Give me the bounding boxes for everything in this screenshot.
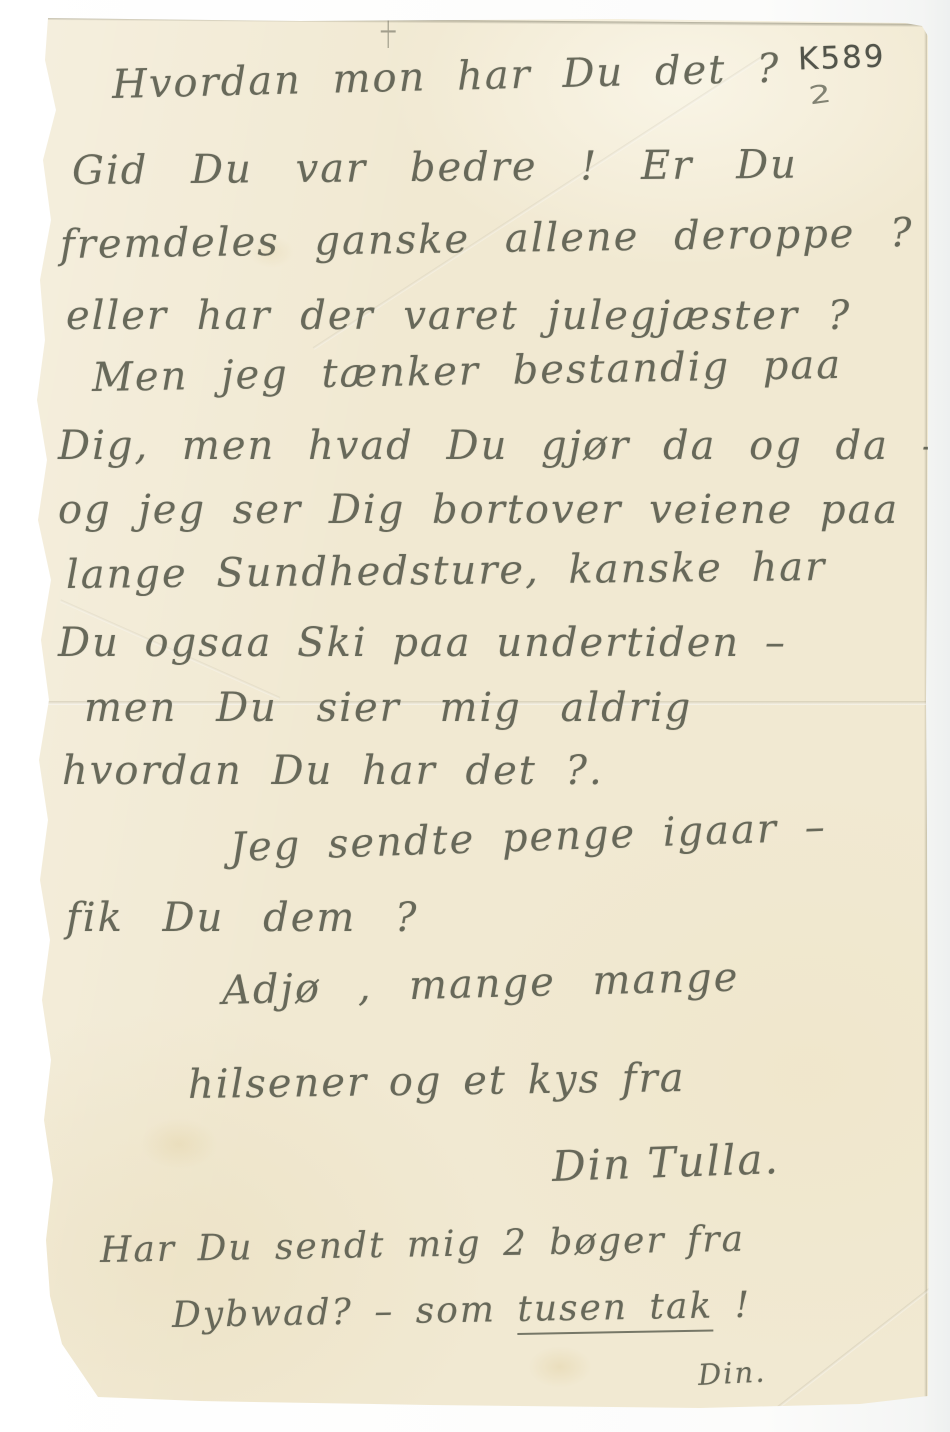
underlined-phrase: tusen tak — [517, 1286, 714, 1335]
archive-mark: K589 — [797, 38, 886, 77]
plus-mark-icon: + — [378, 0, 398, 62]
letter-line: hilsener og et kys fra — [188, 1055, 686, 1108]
paper-top-edge — [48, 17, 926, 27]
signature: Din Tulla. — [551, 1134, 780, 1191]
postscript-line: Har Du sendt mig 2 bøger fra — [100, 1219, 746, 1271]
postscript-text: Dybwad? – som — [172, 1289, 518, 1336]
letter-line: Adjø , mange mange — [221, 954, 739, 1014]
letter-line: Jeg sendte penge igaar – — [229, 804, 827, 871]
postscript-signature: Din. — [697, 1354, 767, 1392]
paper-stain — [528, 1346, 592, 1388]
letter-line: men Du sier mig aldrig — [84, 685, 692, 731]
letter-line: fremdeles ganske allene deroppe ? — [60, 210, 914, 268]
letter-line: Gid Du var bedre ! Er Du — [72, 142, 798, 194]
letter-line: Men jeg tænker bestandig paa — [92, 342, 843, 401]
letter-line: eller har der varet julegjæster ? — [66, 293, 851, 339]
scanned-letter: + K589 2 Hvordan mon har Du det ? Gid Du… — [0, 0, 950, 1432]
postscript-text: ! — [713, 1285, 752, 1327]
letter-line: Dig, men hvad Du gjør da og da – — [58, 423, 944, 469]
paper-stain — [140, 1118, 218, 1170]
letter-paper: + K589 2 Hvordan mon har Du det ? Gid Du… — [0, 0, 950, 1432]
page-number-mark: 2 — [807, 79, 833, 111]
diagonal-fold-crease — [766, 1261, 950, 1417]
letter-line: Hvordan mon har Du det ? — [111, 46, 781, 108]
letter-line: hvordan Du har det ?. — [62, 748, 604, 794]
letter-line: fik Du dem ? — [66, 895, 418, 941]
postscript-line: Dybwad? – som tusen tak ! — [172, 1285, 752, 1336]
letter-line: Du ogsaa Ski paa undertiden – — [58, 620, 787, 666]
paper-right-edge — [924, 26, 927, 1398]
letter-line: og jeg ser Dig bortover veiene paa — [58, 487, 899, 533]
letter-line: lange Sundhedsture, kanske har — [66, 544, 827, 598]
